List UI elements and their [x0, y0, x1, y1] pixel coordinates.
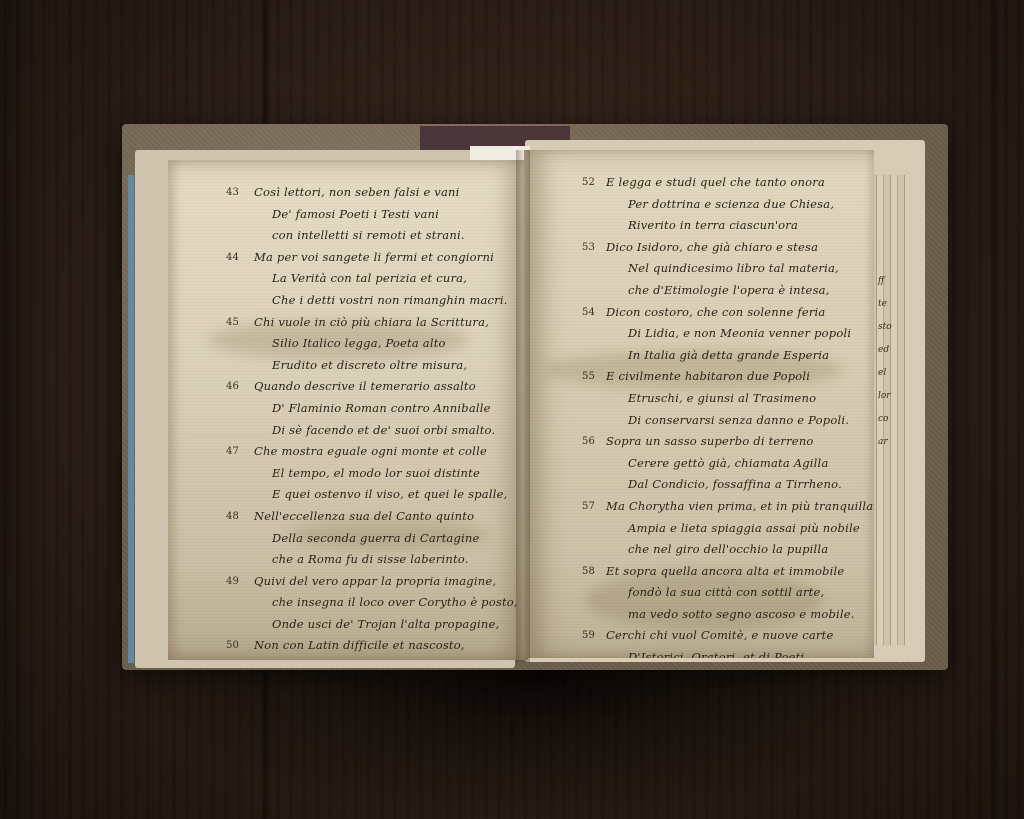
verse-text: Chi vuole in ciò più chiara la Scrittura… — [254, 312, 489, 334]
manuscript-line: Di sè facendo et de' suoi orbi smalto. — [168, 420, 528, 442]
verse-text: Quando descrive il temerario assalto — [254, 376, 476, 398]
manuscript-line: 54Dicon costoro, che con solenne feria — [524, 302, 874, 324]
stanza-number: 47 — [226, 441, 239, 463]
manuscript-line: 55E civilmente habitaron due Popoli — [524, 366, 874, 388]
edge-fragment: co — [878, 408, 892, 431]
verse-text: Cerchi chi vuol Comitè, e nuove carte — [606, 625, 833, 647]
verse-text: E quei ostenvo il viso, et quei le spall… — [272, 484, 507, 506]
manuscript-line: Di conservarsi senza danno e Popoli. — [524, 410, 874, 432]
blue-page-edge-left — [128, 175, 134, 663]
verse-text: E legga e studi quel che tanto onora — [606, 172, 825, 194]
verse-text: Cerere gettò già, chiamata Agilla — [628, 453, 829, 475]
stanza-number: 58 — [582, 561, 595, 583]
verse-text: D' Flaminio Roman contro Anniballe — [272, 398, 491, 420]
manuscript-line: 48Nell'eccellenza sua del Canto quinto — [168, 506, 528, 528]
stanza-number: 57 — [582, 496, 595, 518]
manuscript-line: 44Ma per voi sangete li fermi et congior… — [168, 247, 528, 269]
verse-text: Erudito et discreto oltre misura, — [272, 355, 467, 377]
manuscript-line: che d'Etimologie l'opera è intesa, — [524, 280, 874, 302]
manuscript-line: D'Istorici, Oratori, et di Poeti — [524, 647, 874, 658]
stanza-number: 50 — [226, 635, 239, 657]
manuscript-line: fondò la sua città con sottil arte, — [524, 582, 874, 604]
verse-text: Ma Chorytha vien prima, et in più tranqu… — [606, 496, 873, 518]
manuscript-line: Riverito in terra ciascun'ora — [524, 215, 874, 237]
manuscript-line: 49Quivi del vero appar la propria imagin… — [168, 571, 528, 593]
verse-text: Ampia e lieta spiaggia assai più nobile — [628, 518, 860, 540]
manuscript-line: Per dottrina e scienza due Chiesa, — [524, 194, 874, 216]
verse-text: La Verità con tal perizia et cura, — [272, 268, 467, 290]
manuscript-line: De' famosi Poeti i Testi vani — [168, 204, 528, 226]
right-page-text: 52E legga e studi quel che tanto onoraPe… — [524, 172, 874, 658]
verse-text: D'Istorici, Oratori, et di Poeti — [628, 647, 804, 658]
left-page-text: 43Così lettori, non seben falsi e vaniDe… — [168, 182, 528, 660]
book-gutter — [516, 150, 530, 662]
edge-fragment: te — [878, 293, 892, 316]
verse-text: Per dottrina e scienza due Chiesa, — [628, 194, 834, 216]
verse-text: Non con Latin difficile et nascosto, — [254, 635, 465, 657]
verse-text: Onde usci de' Trojan l'alta propagine, — [272, 614, 499, 636]
manuscript-line: Di Lidia, e non Meonia venner popoli — [524, 323, 874, 345]
edge-fragment: el — [878, 362, 892, 385]
manuscript-line: El tempo, el modo lor suoi distinte — [168, 463, 528, 485]
manuscript-line: 43Così lettori, non seben falsi e vani — [168, 182, 528, 204]
stanza-number: 43 — [226, 182, 239, 204]
stanza-number: 56 — [582, 431, 595, 453]
manuscript-line: Onde usci de' Trojan l'alta propagine, — [168, 614, 528, 636]
manuscript-line: Silio Italico legga, Poeta alto — [168, 333, 528, 355]
stanza-number: 48 — [226, 506, 239, 528]
verse-text: Sopra un sasso superbo di terreno — [606, 431, 814, 453]
verse-text: Ma per voi sangete li fermi et congiorni — [254, 247, 494, 269]
stanza-number: 52 — [582, 172, 595, 194]
verse-text: con intelletti si remoti et strani. — [272, 225, 465, 247]
verse-text: Così lettori, non seben falsi e vani — [254, 182, 460, 204]
manuscript-line: ma vedo sotto segno ascoso e mobile. — [524, 604, 874, 626]
verse-text: Et sopra quella ancora alta et immobile — [606, 561, 844, 583]
stanza-number: 45 — [226, 312, 239, 334]
stanza-number: 54 — [582, 302, 595, 324]
manuscript-line: D' Flaminio Roman contro Anniballe — [168, 398, 528, 420]
manuscript-line: Dal Condicio, fossaffina a Tirrheno. — [524, 474, 874, 496]
verse-text: Silio Italico legga, Poeta alto — [272, 333, 446, 355]
verse-text: che a Roma fu di sisse laberinto. — [272, 549, 469, 571]
manuscript-line: 58Et sopra quella ancora alta et immobil… — [524, 561, 874, 583]
manuscript-line: Della seconda guerra di Cartagine — [168, 528, 528, 550]
verse-text: De' famosi Poeti i Testi vani — [272, 204, 439, 226]
edge-fragment: ed — [878, 339, 892, 362]
verse-text: Che i detti vostri non rimanghin macri. — [272, 290, 508, 312]
manuscript-line: ma elegante et chiar, Corytho vuole — [168, 657, 528, 660]
verse-text: Dico Isidoro, che già chiaro e stesa — [606, 237, 818, 259]
right-page: 52E legga e studi quel che tanto onoraPe… — [524, 150, 874, 658]
verse-text: E civilmente habitaron due Popoli — [606, 366, 810, 388]
edge-fragments: fftestoedellorcoar — [878, 270, 892, 454]
stanza-number: 46 — [226, 376, 239, 398]
verse-text: Quivi del vero appar la propria imagine, — [254, 571, 496, 593]
verse-text: Dal Condicio, fossaffina a Tirrheno. — [628, 474, 842, 496]
manuscript-line: Cerere gettò già, chiamata Agilla — [524, 453, 874, 475]
manuscript-line: 46Quando descrive il temerario assalto — [168, 376, 528, 398]
manuscript-line: 50Non con Latin difficile et nascosto, — [168, 635, 528, 657]
edge-fragment: ar — [878, 431, 892, 454]
verse-text: Di Lidia, e non Meonia venner popoli — [628, 323, 851, 345]
manuscript-line: 52E legga e studi quel che tanto onora — [524, 172, 874, 194]
verse-text: Nel quindicesimo libro tal materia, — [628, 258, 839, 280]
verse-text: Di conservarsi senza danno e Popoli. — [628, 410, 849, 432]
stanza-number: 53 — [582, 237, 595, 259]
verse-text: El tempo, el modo lor suoi distinte — [272, 463, 480, 485]
verse-text: ma vedo sotto segno ascoso e mobile. — [628, 604, 855, 626]
verse-text: Dicon costoro, che con solenne feria — [606, 302, 825, 324]
manuscript-line: 59Cerchi chi vuol Comitè, e nuove carte — [524, 625, 874, 647]
manuscript-line: Erudito et discreto oltre misura, — [168, 355, 528, 377]
verse-text: Di sè facendo et de' suoi orbi smalto. — [272, 420, 495, 442]
manuscript-line: Che i detti vostri non rimanghin macri. — [168, 290, 528, 312]
manuscript-line: 53Dico Isidoro, che già chiaro e stesa — [524, 237, 874, 259]
verse-text: Nell'eccellenza sua del Canto quinto — [254, 506, 474, 528]
stanza-number: 49 — [226, 571, 239, 593]
verse-text: Che mostra eguale ogni monte et colle — [254, 441, 487, 463]
stanza-number: 59 — [582, 625, 595, 647]
manuscript-line: 57Ma Chorytha vien prima, et in più tran… — [524, 496, 874, 518]
verse-text: ma elegante et chiar, Corytho vuole — [272, 657, 487, 660]
edge-fragment: ff — [878, 270, 892, 293]
verse-text: Etruschi, e giunsi al Trasimeno — [628, 388, 816, 410]
verse-text: che d'Etimologie l'opera è intesa, — [628, 280, 830, 302]
left-page: 43Così lettori, non seben falsi e vaniDe… — [168, 160, 528, 660]
verse-text: che nel giro dell'occhio la pupilla — [628, 539, 828, 561]
manuscript-line: che nel giro dell'occhio la pupilla — [524, 539, 874, 561]
manuscript-line: E quei ostenvo il viso, et quei le spall… — [168, 484, 528, 506]
verse-text: Della seconda guerra di Cartagine — [272, 528, 480, 550]
manuscript-line: 56Sopra un sasso superbo di terreno — [524, 431, 874, 453]
verse-text: Riverito in terra ciascun'ora — [628, 215, 798, 237]
manuscript-line: Ampia e lieta spiaggia assai più nobile — [524, 518, 874, 540]
manuscript-line: Etruschi, e giunsi al Trasimeno — [524, 388, 874, 410]
verse-text: In Italia già detta grande Esperia — [628, 345, 829, 367]
manuscript-line: 45Chi vuole in ciò più chiara la Scrittu… — [168, 312, 528, 334]
manuscript-line: 47Che mostra eguale ogni monte et colle — [168, 441, 528, 463]
stanza-number: 55 — [582, 366, 595, 388]
manuscript-line: con intelletti si remoti et strani. — [168, 225, 528, 247]
stanza-number: 44 — [226, 247, 239, 269]
manuscript-line: In Italia già detta grande Esperia — [524, 345, 874, 367]
manuscript-line: che a Roma fu di sisse laberinto. — [168, 549, 528, 571]
manuscript-line: La Verità con tal perizia et cura, — [168, 268, 528, 290]
manuscript-line: Nel quindicesimo libro tal materia, — [524, 258, 874, 280]
edge-fragment: lor — [878, 385, 892, 408]
verse-text: che insegna il loco over Corytho è posto… — [272, 592, 518, 614]
edge-fragment: sto — [878, 316, 892, 339]
book-shadow — [120, 660, 950, 819]
verse-text: fondò la sua città con sottil arte, — [628, 582, 824, 604]
manuscript-line: che insegna il loco over Corytho è posto… — [168, 592, 528, 614]
